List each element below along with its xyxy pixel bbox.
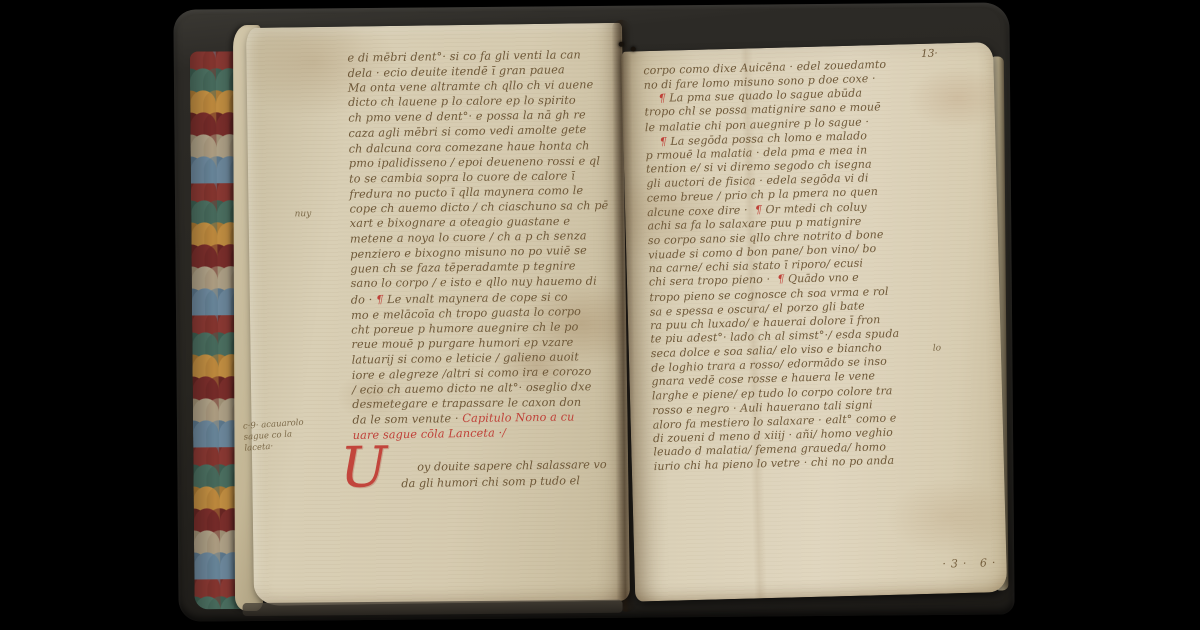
ink-text: ch dalcuna cora comezane haue honta ch <box>349 139 590 155</box>
manuscript-line: reue mouē p purgare humori ep vzare <box>351 334 627 352</box>
quire-mark: ·3· 6· <box>942 556 1000 571</box>
ink-text: Le vnalt maynera de cope si co <box>387 290 568 306</box>
ink-text: reue mouē p purgare humori ep vzare <box>351 336 573 351</box>
right-page: 13· corpo como dixe Auicēna · edel zoued… <box>621 42 1007 602</box>
rubric-text: Capitulo Nono a cu <box>462 411 574 426</box>
binding-hole <box>631 47 636 52</box>
ink-text: dicto ch lauene p lo calore ep lo spirit… <box>348 94 576 109</box>
manuscript-line: pmo ipalidisseno / epoi deueneno rossi e… <box>349 153 625 171</box>
left-page-text: e di mēbri dent°· si co fa gli venti la … <box>347 47 628 443</box>
ink-text: da gli humori chi som p tudo el <box>401 474 580 490</box>
manuscript-line: uare sague cōla Lanceta ·/ <box>353 424 629 444</box>
margin-note-chapter: c·9· acauarolo sague co la laceta· <box>243 418 306 455</box>
binding-edge-bottom <box>243 600 623 616</box>
manuscript-line: desmetegare e trapassare le caxon don <box>352 394 628 412</box>
manuscript-line: da gli humori chi som p tudo el <box>401 472 624 491</box>
manuscript-line: xart e bixognare a oteagio guastane e <box>350 213 626 231</box>
ink-text: pmo ipalidisseno / epoi deueneno rossi e… <box>349 154 600 169</box>
ink-text: mo e melācoīa ch tropo guasta lo corpo <box>351 305 581 322</box>
left-page: e di mēbri dent°· si co fa gli venti la … <box>246 23 630 606</box>
rubric-text: ¶ <box>777 273 788 286</box>
ink-text: desmetegare e trapassare le caxon don <box>352 396 581 411</box>
ink-text: xart e bixognare a oteagio guastane e <box>350 215 571 230</box>
ink-text: da le som venute · <box>352 412 462 427</box>
margin-note: lo <box>933 344 942 354</box>
margin-note: nuy <box>295 209 312 219</box>
ink-text: Quādo vno e <box>788 271 859 286</box>
ink-text: oy douite sapere chl salassare vo <box>417 458 607 474</box>
chapter-text: oy douite sapere chl salassare voda gli … <box>417 445 625 491</box>
ink-text: fredura no pucto ī qlla maynera como le <box>349 184 583 201</box>
ink-text: dela · ecio deuite itendē ī gran pauea <box>348 63 565 80</box>
chapter-opening: U oy douite sapere chl salassare voda gl… <box>340 445 625 492</box>
ink-text: chi sera tropo pieno · <box>649 273 778 289</box>
manuscript-line: sano lo corpo / e isto e qllo nuy hauemo… <box>351 274 627 292</box>
rubric-text: ¶ <box>376 293 387 306</box>
ink-text <box>645 135 660 148</box>
ink-text: sano lo corpo / e isto e qllo nuy hauemo… <box>351 275 597 290</box>
ink-text: Or mtedi ch coluy <box>765 200 867 216</box>
ink-text <box>644 92 659 105</box>
manuscript-line: dicto ch lauene p lo calore ep lo spirit… <box>348 93 624 111</box>
manuscript-book: e di mēbri dent°· si co fa gli venti la … <box>173 2 1014 621</box>
ink-text: iore e alegreze /altri si como ira e cor… <box>352 365 592 382</box>
illuminated-initial: U <box>340 442 388 495</box>
right-page-text: corpo como dixe Auicēna · edel zouedamto… <box>643 56 964 475</box>
rubric-text: ¶ <box>658 92 669 105</box>
rubric-text: ¶ <box>659 135 670 148</box>
photo-background: e di mēbri dent°· si co fa gli venti la … <box>0 0 1200 630</box>
binding-hole <box>619 42 624 47</box>
ink-text: do · <box>351 293 376 306</box>
